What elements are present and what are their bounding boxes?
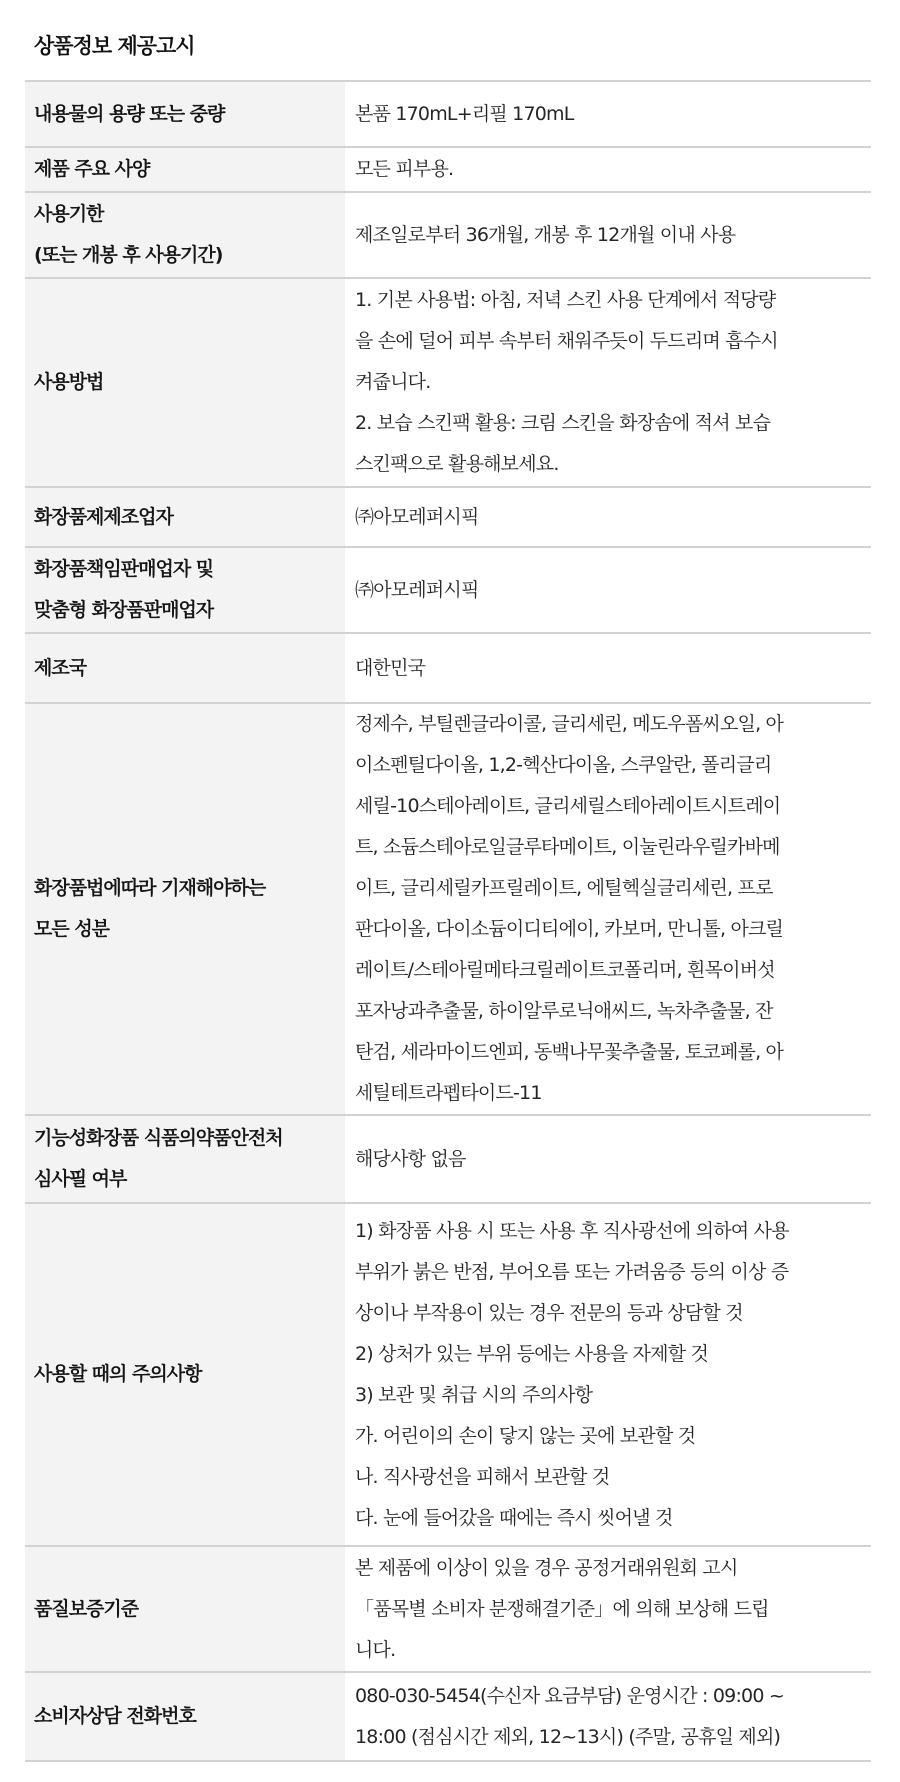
row-value: 해당사항 없음 [345, 1115, 871, 1203]
row-label: 화장품제제조업자 [25, 487, 345, 547]
row-value-line: 2) 상처가 있는 부위 등에는 사용을 자제할 것 [355, 1334, 859, 1375]
row-label: 사용방법 [25, 278, 345, 487]
row-value: 본품 170mL+리필 170mL [345, 81, 871, 147]
row-value-line: 18:00 (점심시간 제외, 12~13시) (주말, 공휴일 제외) [355, 1717, 859, 1758]
row-value-line: 포자낭과추출물, 하이알루로닉애씨드, 녹차추출물, 잔 [355, 991, 859, 1032]
row-value: ㈜아모레퍼시픽 [345, 487, 871, 547]
page-title: 상품정보 제공고시 [34, 30, 195, 60]
table-row: 화장품법에따라 기재해야하는모든 성분정제수, 부틸렌글라이콜, 글리세린, 메… [25, 703, 871, 1115]
row-value-line: 해당사항 없음 [355, 1139, 859, 1180]
row-value-line: 상이나 부작용이 있는 경우 전문의 등과 상담할 것 [355, 1293, 859, 1334]
row-value-line: 레이트/스테아릴메타크릴레이트코폴리머, 흰목이버섯 [355, 950, 859, 991]
row-value-line: 세틸테트라펩타이드-11 [355, 1073, 859, 1114]
row-value-line: 1) 화장품 사용 시 또는 사용 후 직사광선에 의하여 사용 [355, 1211, 859, 1252]
row-label-line: 화장품책임판매업자 및 [34, 549, 335, 590]
row-label-line: 심사필 여부 [34, 1159, 335, 1200]
product-info-table: 내용물의 용량 또는 중량본품 170mL+리필 170mL제품 주요 사양모든… [25, 80, 871, 1762]
row-value: 1) 화장품 사용 시 또는 사용 후 직사광선에 의하여 사용부위가 붉은 반… [345, 1203, 871, 1546]
row-label-line: 내용물의 용량 또는 중량 [34, 94, 335, 135]
table-row: 사용방법1. 기본 사용법: 아침, 저녁 스킨 사용 단계에서 적당량을 손에… [25, 278, 871, 487]
table-row: 소비자상담 전화번호080-030-5454(수신자 요금부담) 운영시간 : … [25, 1672, 871, 1761]
row-value-line: 을 손에 덜어 피부 속부터 채워주듯이 두드리며 흡수시 [355, 321, 859, 362]
row-label: 소비자상담 전화번호 [25, 1672, 345, 1761]
table-row: 화장품책임판매업자 및맞춤형 화장품판매업자㈜아모레퍼시픽 [25, 547, 871, 633]
row-value-line: 판다이올, 다이소듐이디티에이, 카보머, 만니톨, 아크릴 [355, 909, 859, 950]
row-value-line: 이소펜틸다이올, 1,2-헥산다이올, 스쿠알란, 폴리글리 [355, 745, 859, 786]
product-info-notice: 상품정보 제공고시 내용물의 용량 또는 중량본품 170mL+리필 170mL… [0, 0, 900, 1782]
row-label-line: 화장품제제조업자 [34, 497, 335, 538]
row-value-line: 「품목별 소비자 분쟁해결기준」에 의해 보상해 드립 [355, 1589, 859, 1630]
row-value-line: 3) 보관 및 취급 시의 주의사항 [355, 1375, 859, 1416]
table-row: 화장품제제조업자㈜아모레퍼시픽 [25, 487, 871, 547]
row-value: 1. 기본 사용법: 아침, 저녁 스킨 사용 단계에서 적당량을 손에 덜어 … [345, 278, 871, 487]
row-value-line: 스킨팩으로 활용해보세요. [355, 444, 859, 485]
row-label-line: 기능성화장품 식품의약품안전처 [34, 1118, 335, 1159]
table-row: 사용기한(또는 개봉 후 사용기간)제조일로부터 36개월, 개봉 후 12개월… [25, 192, 871, 278]
table-row: 내용물의 용량 또는 중량본품 170mL+리필 170mL [25, 81, 871, 147]
row-value-line: 켜줍니다. [355, 362, 859, 403]
row-value-line: 니다. [355, 1630, 859, 1671]
row-label: 제품 주요 사양 [25, 147, 345, 192]
row-label-line: 화장품법에따라 기재해야하는 [34, 868, 335, 909]
row-value: 본 제품에 이상이 있을 경우 공정거래위원회 고시「품목별 소비자 분쟁해결기… [345, 1546, 871, 1672]
table-row: 기능성화장품 식품의약품안전처심사필 여부해당사항 없음 [25, 1115, 871, 1203]
row-label: 사용할 때의 주의사항 [25, 1203, 345, 1546]
table-row: 품질보증기준본 제품에 이상이 있을 경우 공정거래위원회 고시「품목별 소비자… [25, 1546, 871, 1672]
row-label: 기능성화장품 식품의약품안전처심사필 여부 [25, 1115, 345, 1203]
row-label-line: 모든 성분 [34, 909, 335, 950]
row-value-line: 080-030-5454(수신자 요금부담) 운영시간 : 09:00 ~ [355, 1676, 859, 1717]
row-label-line: 제품 주요 사양 [34, 149, 335, 190]
row-label-line: 맞춤형 화장품판매업자 [34, 590, 335, 631]
row-value-line: 세릴-10스테아레이트, 글리세릴스테아레이트시트레이 [355, 786, 859, 827]
row-value-line: 1. 기본 사용법: 아침, 저녁 스킨 사용 단계에서 적당량 [355, 280, 859, 321]
table-row: 제조국대한민국 [25, 633, 871, 703]
row-label-line: 소비자상담 전화번호 [34, 1696, 335, 1737]
row-value-line: 제조일로부터 36개월, 개봉 후 12개월 이내 사용 [355, 215, 859, 256]
row-label-line: 품질보증기준 [34, 1589, 335, 1630]
row-label: 화장품책임판매업자 및맞춤형 화장품판매업자 [25, 547, 345, 633]
row-value: 정제수, 부틸렌글라이콜, 글리세린, 메도우폼씨오일, 아이소펜틸다이올, 1… [345, 703, 871, 1115]
row-value-line: 본품 170mL+리필 170mL [355, 94, 859, 135]
row-value: 대한민국 [345, 633, 871, 703]
row-label-line: (또는 개봉 후 사용기간) [34, 235, 335, 276]
row-value-line: ㈜아모레퍼시픽 [355, 497, 859, 538]
row-value-line: 탄검, 세라마이드엔피, 동백나무꽃추출물, 토코페롤, 아 [355, 1032, 859, 1073]
row-value: 080-030-5454(수신자 요금부담) 운영시간 : 09:00 ~18:… [345, 1672, 871, 1761]
row-label-line: 제조국 [34, 648, 335, 689]
row-value-line: 가. 어린이의 손이 닿지 않는 곳에 보관할 것 [355, 1416, 859, 1457]
row-label-line: 사용방법 [34, 362, 335, 403]
row-value-line: 다. 눈에 들어갔을 때에는 즉시 씻어낼 것 [355, 1498, 859, 1539]
row-value-line: 트, 소듐스테아로일글루타메이트, 이눌린라우릴카바메 [355, 827, 859, 868]
row-value-line: 이트, 글리세릴카프릴레이트, 에틸헥실글리세린, 프로 [355, 868, 859, 909]
row-value-line: 나. 직사광선을 피해서 보관할 것 [355, 1457, 859, 1498]
row-value-line: 모든 피부용. [355, 149, 859, 190]
row-value: 모든 피부용. [345, 147, 871, 192]
row-label: 품질보증기준 [25, 1546, 345, 1672]
row-value-line: 대한민국 [355, 648, 859, 689]
row-label: 화장품법에따라 기재해야하는모든 성분 [25, 703, 345, 1115]
table-row: 사용할 때의 주의사항1) 화장품 사용 시 또는 사용 후 직사광선에 의하여… [25, 1203, 871, 1546]
row-label: 내용물의 용량 또는 중량 [25, 81, 345, 147]
row-label-line: 사용할 때의 주의사항 [34, 1354, 335, 1395]
row-label-line: 사용기한 [34, 194, 335, 235]
table-row: 제품 주요 사양모든 피부용. [25, 147, 871, 192]
row-label: 사용기한(또는 개봉 후 사용기간) [25, 192, 345, 278]
row-value-line: 부위가 붉은 반점, 부어오름 또는 가려움증 등의 이상 증 [355, 1252, 859, 1293]
row-value: 제조일로부터 36개월, 개봉 후 12개월 이내 사용 [345, 192, 871, 278]
row-value: ㈜아모레퍼시픽 [345, 547, 871, 633]
row-value-line: 정제수, 부틸렌글라이콜, 글리세린, 메도우폼씨오일, 아 [355, 704, 859, 745]
row-value-line: 2. 보습 스킨팩 활용: 크림 스킨을 화장솜에 적셔 보습 [355, 403, 859, 444]
row-label: 제조국 [25, 633, 345, 703]
row-value-line: 본 제품에 이상이 있을 경우 공정거래위원회 고시 [355, 1548, 859, 1589]
row-value-line: ㈜아모레퍼시픽 [355, 570, 859, 611]
